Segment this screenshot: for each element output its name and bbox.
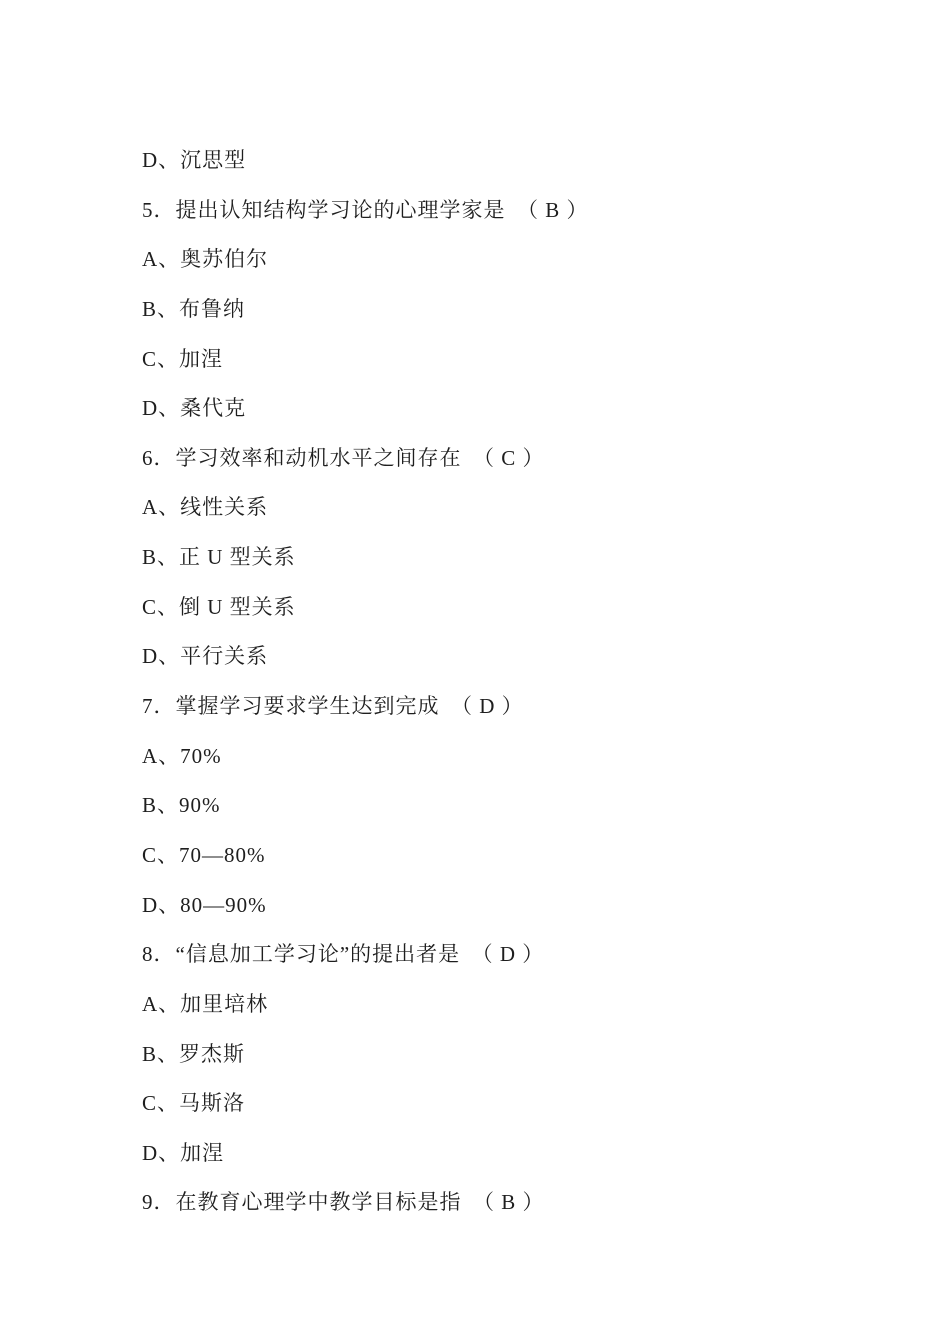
option-line: C、加涅: [142, 345, 900, 395]
question-line: 6．学习效率和动机水平之间存在 （ C ）: [142, 444, 900, 494]
option-line: B、90%: [142, 791, 900, 841]
option-line: D、加涅: [142, 1139, 900, 1189]
option-line: D、平行关系: [142, 642, 900, 692]
question-line: 7．掌握学习要求学生达到完成 （ D ）: [142, 692, 900, 742]
question-line: 9．在教育心理学中教学目标是指 （ B ）: [142, 1188, 900, 1238]
question-line: 8．“信息加工学习论”的提出者是 （ D ）: [142, 940, 900, 990]
question-line: 5．提出认知结构学习论的心理学家是 （ B ）: [142, 196, 900, 246]
option-line: B、罗杰斯: [142, 1040, 900, 1090]
option-line: D、沉思型: [142, 146, 900, 196]
option-line: A、线性关系: [142, 493, 900, 543]
option-line: B、布鲁纳: [142, 295, 900, 345]
document-page: D、沉思型 5．提出认知结构学习论的心理学家是 （ B ） A、奥苏伯尔 B、布…: [0, 0, 950, 1344]
option-line: C、马斯洛: [142, 1089, 900, 1139]
option-line: D、80—90%: [142, 891, 900, 941]
quiz-text-block: D、沉思型 5．提出认知结构学习论的心理学家是 （ B ） A、奥苏伯尔 B、布…: [142, 146, 900, 1238]
option-line: A、加里培林: [142, 990, 900, 1040]
option-line: D、桑代克: [142, 394, 900, 444]
option-line: A、奥苏伯尔: [142, 245, 900, 295]
option-line: B、正 U 型关系: [142, 543, 900, 593]
option-line: C、倒 U 型关系: [142, 593, 900, 643]
option-line: A、70%: [142, 742, 900, 792]
option-line: C、70—80%: [142, 841, 900, 891]
